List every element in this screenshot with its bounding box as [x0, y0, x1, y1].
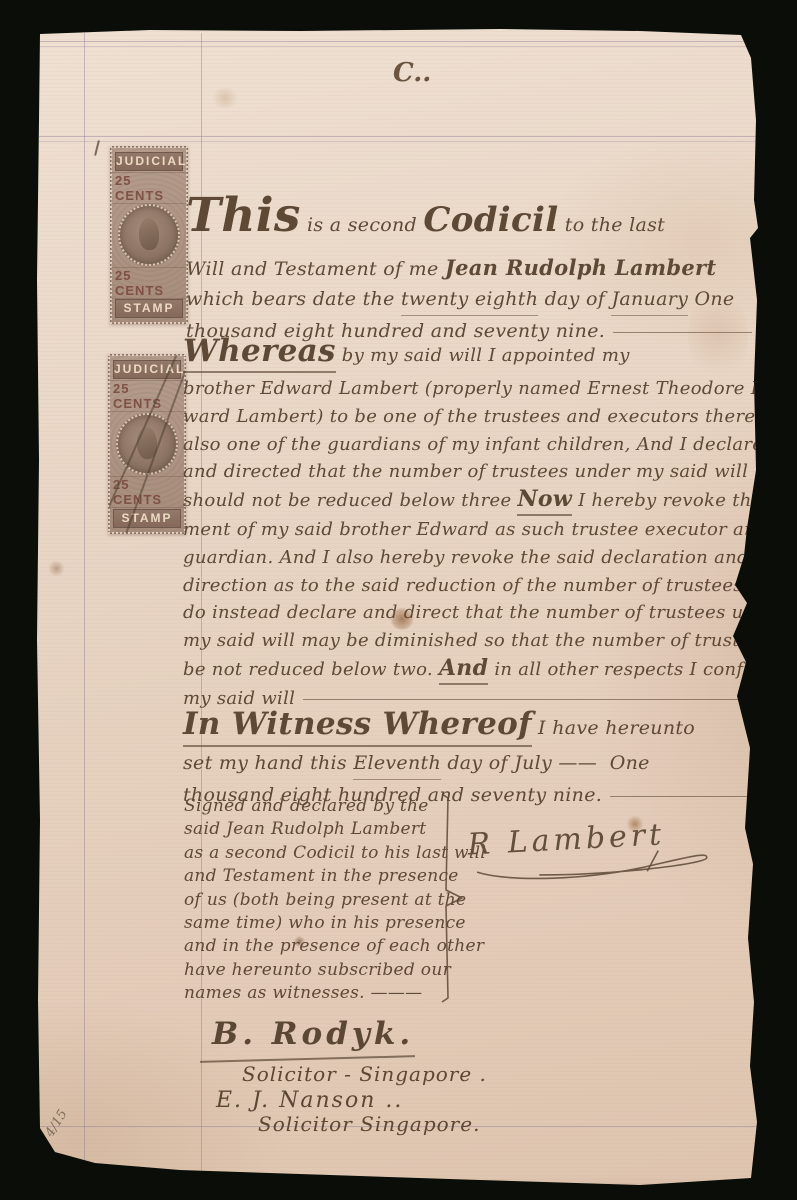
text-run: and Testament in the presence: [184, 865, 459, 888]
text-run: —— One: [552, 748, 650, 778]
text-run: Whereas: [183, 332, 336, 373]
attestation-line: same time) who in his presence: [184, 912, 448, 935]
top-rule-line-2: [0, 46, 797, 47]
attestation-line: names as witnesses. ———: [184, 982, 448, 1005]
stamp-bottom-band-label: STAMP: [113, 509, 181, 528]
text-run: I hereby revoke the appoint-: [572, 487, 797, 515]
attestation-line: Signed and declared by the: [184, 795, 448, 818]
pencil-annotation: 4/15: [43, 1107, 71, 1140]
left-margin-rule-line: [84, 33, 85, 1186]
text-run: July: [514, 748, 552, 778]
text-run: Signed and declared by the: [184, 795, 429, 818]
text-run: In Witness Whereof: [183, 704, 532, 747]
stamp-top-band-label: JUDICIAL: [113, 360, 181, 379]
attestation-line: and in the presence of each other: [184, 935, 448, 958]
stamp-top-band-label: JUDICIAL: [115, 152, 183, 171]
text-run: also one of the guardians of my infant c…: [183, 431, 775, 459]
handwritten-line: which bears date the twenty eighth day o…: [186, 284, 752, 316]
text-run: ment of my said brother Edward as such t…: [183, 516, 768, 544]
text-run: should not be reduced below three: [183, 487, 517, 515]
text-run: by my said will I appointed my: [336, 337, 630, 375]
text-run: guardian. And I also hereby revoke the s…: [183, 544, 749, 572]
ink-mark: [94, 140, 100, 156]
text-run: Now: [517, 486, 572, 516]
handwritten-line: set my hand this Eleventh day of July ——…: [183, 748, 753, 780]
handwritten-line: Will and Testament of me Jean Rudolph La…: [186, 253, 752, 284]
stamp-value-bottom: 25 CENTS: [111, 267, 187, 299]
witness-1-signature: B. Rodyk.: [212, 1016, 414, 1052]
text-run: Jean Rudolph Lambert: [445, 253, 717, 283]
page-letter-mark: C..: [393, 58, 431, 88]
handwritten-line: be not reduced below two. And in all oth…: [183, 655, 755, 685]
handwritten-line: ward Lambert) to be one of the trustees …: [183, 403, 755, 431]
attestation-bracket: [438, 790, 470, 1006]
handwritten-line: do instead declare and direct that the n…: [183, 599, 755, 627]
ink-rule: [610, 796, 753, 797]
stamp-value-top: 25 CENTS: [111, 172, 187, 204]
text-run: I have hereunto: [532, 708, 695, 748]
attestation-clause: Signed and declared by thesaid Jean Rudo…: [184, 795, 448, 1006]
judicial-stamp-2: JUDICIAL 25 CENTS 25 CENTS STAMP: [108, 354, 186, 534]
attestation-line: and Testament in the presence: [184, 865, 448, 888]
text-run: of us (both being present at the: [184, 889, 466, 912]
text-run: names as witnesses. ———: [184, 982, 422, 1005]
foxing-spot: [210, 88, 240, 108]
photographed-document-scene: C.. JUDICIAL 25 CENTS 25 CENTS STAMP JUD…: [0, 0, 797, 1200]
handwritten-line: Whereas by my said will I appointed my: [183, 332, 755, 375]
text-run: my said will may be diminished so that t…: [183, 627, 771, 655]
text-run: twenty eighth: [401, 284, 538, 316]
stamp-value-top: 25 CENTS: [109, 380, 185, 412]
handwritten-line: my said will may be diminished so that t…: [183, 627, 755, 655]
text-run: do instead declare and direct that the n…: [183, 599, 787, 627]
text-run: to the last: [558, 198, 665, 253]
text-run: brother Edward Lambert (properly named E…: [183, 375, 782, 403]
handwritten-line: should not be reduced below three Now I …: [183, 486, 755, 516]
text-run: This: [186, 188, 301, 243]
text-run: January: [611, 284, 688, 316]
codicil-opening-paragraph: This is a second Codicil to the lastWill…: [186, 188, 752, 346]
handwritten-line: This is a second Codicil to the last: [186, 188, 752, 253]
ink-rule: [303, 699, 755, 700]
attestation-line: have hereunto subscribed our: [184, 959, 448, 982]
text-run: Eleventh: [353, 748, 441, 780]
header-rule-line-2: [0, 141, 797, 142]
handwritten-line: ment of my said brother Edward as such t…: [183, 516, 755, 544]
text-run: have hereunto subscribed our: [184, 959, 451, 982]
text-run: same time) who in his presence: [184, 912, 466, 935]
stamp-value-bottom: 25 CENTS: [109, 476, 185, 508]
whereas-paragraph: Whereas by my said will I appointed mybr…: [183, 332, 755, 713]
witness-2-signature: E. J. Nanson ..: [216, 1088, 403, 1113]
text-run: Codicil: [423, 193, 558, 248]
text-run: said Jean Rudolph Lambert: [184, 818, 426, 841]
handwritten-line: brother Edward Lambert (properly named E…: [183, 375, 755, 403]
text-run: Will and Testament of me: [186, 254, 445, 284]
text-run: And: [439, 655, 488, 685]
stamp-bottom-band-label: STAMP: [115, 299, 183, 318]
top-rule-line: [0, 41, 797, 42]
handwritten-line: In Witness Whereof I have hereunto: [183, 704, 753, 748]
text-run: be not reduced below two.: [183, 656, 439, 684]
portrait-silhouette: [139, 218, 159, 250]
text-run: which bears date the: [186, 284, 401, 314]
text-run: direction as to the said reduction of th…: [183, 572, 784, 600]
text-run: One: [688, 284, 734, 314]
handwritten-line: and directed that the number of trustees…: [183, 458, 755, 486]
handwritten-line: also one of the guardians of my infant c…: [183, 431, 755, 459]
attestation-line: as a second Codicil to his last will: [184, 842, 448, 865]
header-rule-line: [0, 136, 797, 137]
text-run: is a second: [301, 198, 424, 253]
attestation-line: said Jean Rudolph Lambert: [184, 818, 448, 841]
text-run: set my hand this: [183, 748, 353, 778]
witness-1-title: Solicitor - Singapore .: [242, 1062, 487, 1086]
text-run: day of: [441, 748, 514, 778]
foxing-spot: [48, 560, 65, 577]
judicial-stamp-1: JUDICIAL 25 CENTS 25 CENTS STAMP: [110, 146, 188, 324]
text-run: and directed that the number of trustees…: [183, 458, 748, 486]
portrait-silhouette: [137, 427, 157, 459]
handwritten-line: guardian. And I also hereby revoke the s…: [183, 544, 755, 572]
witness-2-title: Solicitor Singapore.: [258, 1112, 480, 1136]
text-run: ward Lambert) to be one of the trustees …: [183, 403, 797, 431]
handwritten-line: direction as to the said reduction of th…: [183, 572, 755, 600]
queen-victoria-portrait: [118, 204, 180, 266]
text-run: day of: [538, 284, 611, 314]
document-page: C.. JUDICIAL 25 CENTS 25 CENTS STAMP JUD…: [0, 0, 797, 1200]
attestation-line: of us (both being present at the: [184, 889, 448, 912]
queen-victoria-portrait: [116, 413, 178, 475]
testator-signature: R Lambert: [467, 812, 760, 884]
text-run: in all other respects I confirm: [488, 656, 775, 684]
